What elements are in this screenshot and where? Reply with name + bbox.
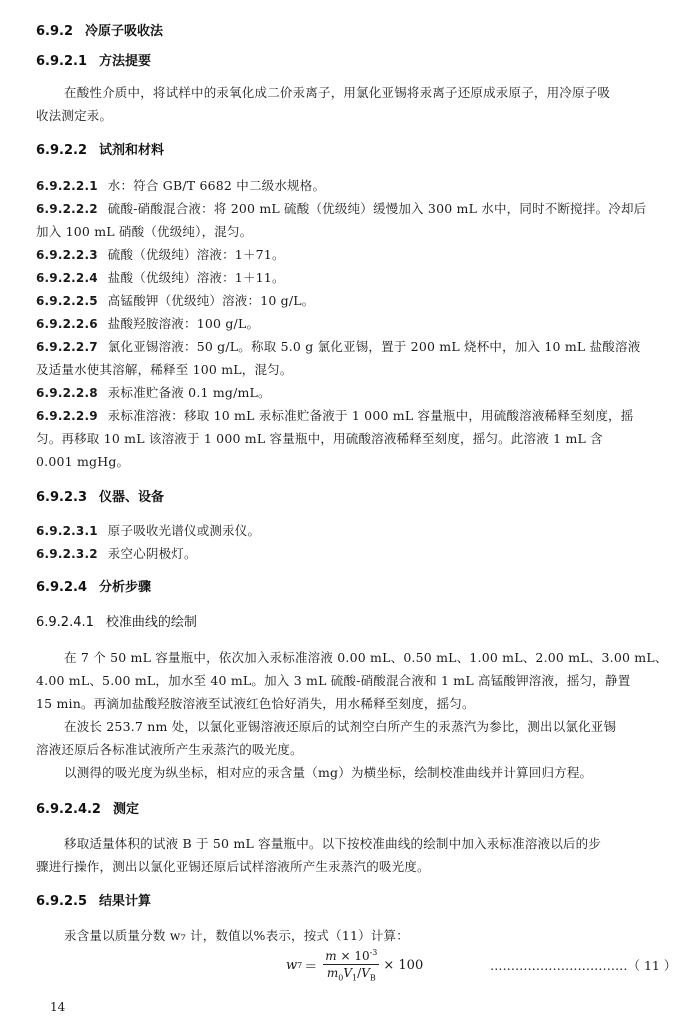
section-title: 校准曲线的绘制 [106, 615, 197, 630]
item-text: 汞标准溶液：移取 10 mL 汞标准贮备液于 1 000 mL 容量瓶中，用硫酸… [108, 408, 634, 423]
item-text: 水：符合 GB/T 6682 中二级水规格。 [108, 178, 325, 193]
numerator-times: × 10 [337, 949, 370, 963]
item-number: 6.9.2.2.7 [36, 340, 98, 354]
section-number: 6.9.2.1 [36, 54, 87, 69]
equation-number: ……………………………（ 11 ） [490, 956, 676, 974]
section-number: 6.9.2.4 [36, 580, 87, 595]
formula-lhs-subscript: 7 [297, 961, 302, 970]
paragraph-line: 以测得的吸光度为纵坐标，相对应的汞含量（mg）为横坐标，绘制校准曲线并计算回归方… [64, 763, 592, 781]
item-text: 高锰酸钾（优级纯）溶液：10 g/L。 [108, 293, 315, 308]
item-number: 6.9.2.3.1 [36, 524, 98, 538]
heading-6-9-2-3: 6.9.2.3仪器、设备 [36, 486, 164, 505]
item-text: 氯化亚锡溶液：50 g/L。称取 5.0 g 氯化亚锡，置于 200 mL 烧杯… [108, 339, 641, 354]
item-number: 6.9.2.2.6 [36, 317, 98, 331]
paragraph-line: 在 7 个 50 mL 容量瓶中，依次加入汞标准溶液 0.00 mL、0.50 … [64, 648, 668, 666]
section-title: 结果计算 [99, 894, 151, 909]
item-text: 硫酸（优级纯）溶液：1＋71。 [108, 247, 285, 262]
heading-6-9-2-2: 6.9.2.2试剂和材料 [36, 139, 164, 158]
paragraph-line: 在波长 253.7 nm 处，以氯化亚锡溶液还原后的试剂空白所产生的汞蒸汽为参比… [64, 717, 616, 735]
equation-11: w7 ＝ m × 10-3 m0V1/VB × 100 [286, 948, 423, 982]
list-item: 6.9.2.2.5高锰酸钾（优级纯）溶液：10 g/L。 [36, 291, 315, 309]
list-item: 6.9.2.2.7氯化亚锡溶液：50 g/L。称取 5.0 g 氯化亚锡，置于 … [36, 337, 640, 355]
section-number: 6.9.2.4.2 [36, 802, 101, 817]
item-number: 6.9.2.2.1 [36, 179, 98, 193]
denominator-vb: V [361, 966, 370, 980]
denominator-m: m [327, 966, 338, 980]
list-item-continuation: 0.001 mgHg。 [36, 452, 129, 470]
section-number: 6.9.2.4.1 [36, 615, 94, 630]
item-text: 原子吸收光谱仪或测汞仪。 [108, 523, 260, 538]
item-number: 6.9.2.2.2 [36, 202, 98, 216]
heading-6-9-2-1: 6.9.2.1方法提要 [36, 50, 151, 69]
item-text: 盐酸（优级纯）溶液：1＋11。 [108, 270, 285, 285]
item-number: 6.9.2.3.2 [36, 547, 98, 561]
list-item: 6.9.2.2.6盐酸羟胺溶液：100 g/L。 [36, 314, 259, 332]
heading-6-9-2-4-1: 6.9.2.4.1校准曲线的绘制 [36, 611, 197, 630]
section-title: 仪器、设备 [99, 490, 164, 505]
page-number: 14 [50, 1000, 65, 1014]
section-number: 6.9.2.5 [36, 894, 87, 909]
formula-lhs: w [286, 958, 297, 973]
denominator-v1: V [343, 966, 352, 980]
paragraph-line: 骤进行操作，测出以氯化亚锡还原后试样溶液所产生汞蒸汽的吸光度。 [36, 857, 430, 875]
section-number: 6.9.2.3 [36, 490, 87, 505]
numerator: m × 10-3 [323, 948, 379, 965]
heading-6-9-2-4: 6.9.2.4分析步骤 [36, 576, 151, 595]
list-item: 6.9.2.2.2硫酸-硝酸混合液：将 200 mL 硫酸（优级纯）缓慢加入 3… [36, 199, 646, 217]
list-item: 6.9.2.2.8汞标准贮备液 0.1 mg/mL。 [36, 383, 271, 401]
paragraph-line: 收法测定汞。 [36, 106, 112, 124]
section-number: 6.9.2 [36, 24, 73, 39]
section-number: 6.9.2.2 [36, 143, 87, 158]
paragraph-line: 15 min。再滴加盐酸羟胺溶液至试液红色恰好消失，用水稀释至刻度，摇匀。 [36, 694, 475, 712]
item-number: 6.9.2.2.4 [36, 271, 98, 285]
item-number: 6.9.2.2.3 [36, 248, 98, 262]
numerator-exponent: -3 [370, 948, 378, 957]
item-text: 盐酸羟胺溶液：100 g/L。 [108, 316, 259, 331]
list-item: 6.9.2.3.1原子吸收光谱仪或测汞仪。 [36, 521, 260, 539]
times-100: × 100 [383, 958, 423, 973]
paragraph-line: 在酸性介质中，将试样中的汞氧化成二价汞离子，用氯化亚锡将汞离子还原成汞原子，用冷… [64, 83, 610, 101]
list-item: 6.9.2.2.9汞标准溶液：移取 10 mL 汞标准贮备液于 1 000 mL… [36, 406, 633, 424]
list-item: 6.9.2.2.1水：符合 GB/T 6682 中二级水规格。 [36, 176, 325, 194]
paragraph-line: 溶液还原后各标准试液所产生汞蒸汽的吸光度。 [36, 740, 303, 758]
fraction: m × 10-3 m0V1/VB [323, 948, 379, 982]
equals-sign: ＝ [304, 956, 317, 975]
list-item: 6.9.2.2.4盐酸（优级纯）溶液：1＋11。 [36, 268, 285, 286]
list-item: 6.9.2.3.2汞空心阴极灯。 [36, 544, 197, 562]
item-number: 6.9.2.2.9 [36, 409, 98, 423]
paragraph-line: 移取适量体积的试液 B 于 50 mL 容量瓶中。以下按校准曲线的绘制中加入汞标… [64, 834, 601, 852]
item-text: 汞空心阴极灯。 [108, 546, 197, 561]
numerator-m: m [325, 949, 336, 963]
item-text: 硫酸-硝酸混合液：将 200 mL 硫酸（优级纯）缓慢加入 300 mL 水中，… [108, 201, 647, 216]
section-title: 冷原子吸收法 [85, 24, 163, 39]
section-title: 方法提要 [99, 54, 151, 69]
paragraph-line: 4.00 mL、5.00 mL，加水至 40 mL。加入 3 mL 硫酸-硝酸混… [36, 671, 630, 689]
item-text: 汞标准贮备液 0.1 mg/mL。 [108, 385, 271, 400]
list-item-continuation: 匀。再移取 10 mL 该溶液于 1 000 mL 容量瓶中，用硫酸溶液稀释至刻… [36, 429, 603, 447]
section-title: 试剂和材料 [99, 143, 164, 158]
item-number: 6.9.2.2.5 [36, 294, 98, 308]
heading-6-9-2-4-2: 6.9.2.4.2测定 [36, 798, 139, 817]
heading-6-9-2: 6.9.2冷原子吸收法 [36, 20, 163, 39]
section-title: 测定 [113, 802, 139, 817]
list-item-continuation: 加入 100 mL 硝酸（优级纯），混匀。 [36, 222, 252, 240]
heading-6-9-2-5: 6.9.2.5结果计算 [36, 890, 151, 909]
section-title: 分析步骤 [99, 580, 151, 595]
list-item: 6.9.2.2.3硫酸（优级纯）溶液：1＋71。 [36, 245, 285, 263]
list-item-continuation: 及适量水使其溶解，稀释至 100 mL，混匀。 [36, 360, 293, 378]
denominator-vb-sub: B [370, 973, 376, 982]
paragraph-line: 汞含量以质量分数 w₇ 计，数值以%表示，按式（11）计算： [64, 926, 409, 944]
denominator: m0V1/VB [327, 965, 376, 982]
document-page: 6.9.2冷原子吸收法 6.9.2.1方法提要 在酸性介质中，将试样中的汞氧化成… [0, 0, 700, 1034]
item-number: 6.9.2.2.8 [36, 386, 98, 400]
